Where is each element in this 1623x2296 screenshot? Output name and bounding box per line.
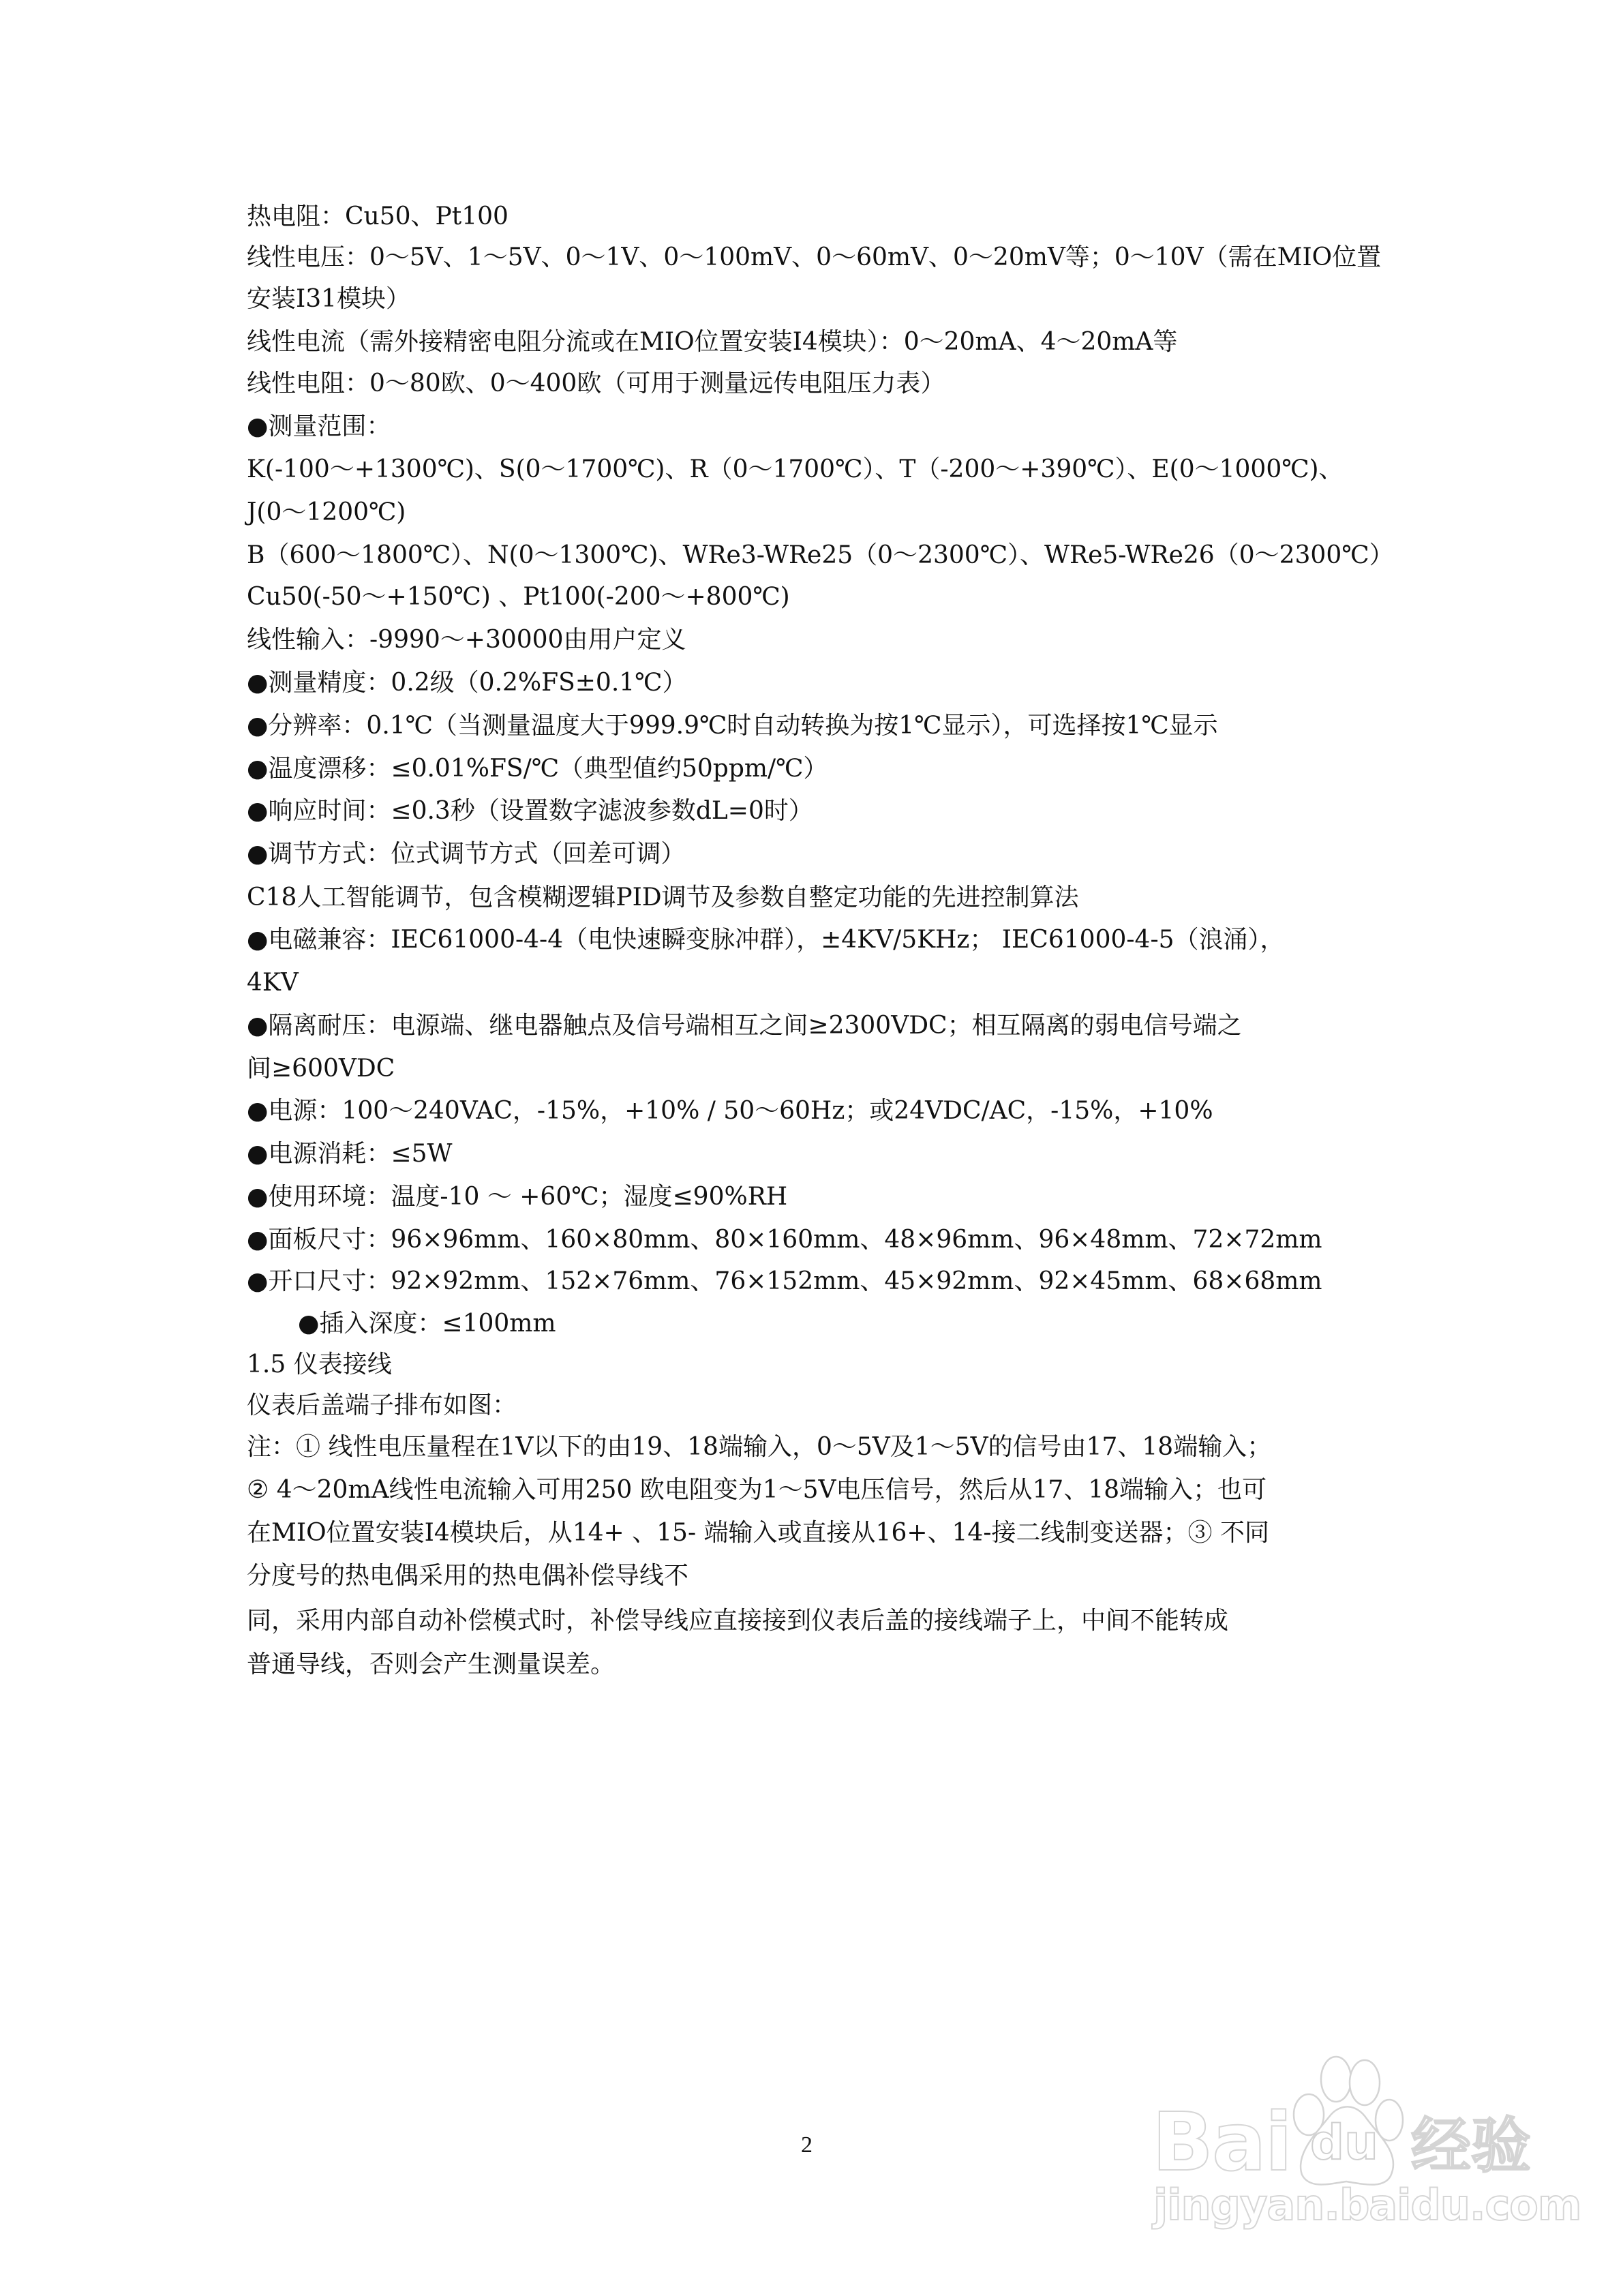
document-page: 热电阻：Cu50、Pt100 线性电压：0～5V、1～5V、0～1V、0～100…: [0, 0, 1623, 2296]
text-line-range-cu50-pt100: Cu50(-50～+150℃) 、Pt100(-200～+800℃): [247, 582, 1392, 612]
watermark-brand-cn: 经验: [1411, 2112, 1531, 2180]
bullet-insert-depth: ●插入深度：≤100mm: [298, 1309, 1443, 1339]
text-line-emc-cont: 4KV: [247, 968, 1392, 998]
bullet-control-mode: ●调节方式：位式调节方式（回差可调）: [247, 839, 1392, 869]
note-line-4: 分度号的热电偶采用的热电偶补偿导线不: [247, 1561, 1392, 1591]
note-line-3: 在MIO位置安装I4模块后，从14+ 、15- 端输入或直接从16+、14-接二…: [247, 1518, 1392, 1548]
text-line-thermal-resistor: 热电阻：Cu50、Pt100: [247, 202, 1392, 232]
watermark-brand-du: du: [1310, 2115, 1378, 2171]
baidu-jingyan-watermark: Bai du 经验 jingyan.baidu.com: [1152, 2052, 1534, 2256]
bullet-measure-range: ●测量范围：: [247, 412, 1392, 442]
text-line-range-k-s-r-t-e: K(-100～+1300℃)、S(0～1700℃)、R（0～1700℃）、T（-…: [247, 455, 1392, 485]
watermark-url: jingyan.baidu.com: [1153, 2181, 1581, 2229]
text-line-linear-current: 线性电流（需外接精密电阻分流或在MIO位置安装I4模块）：0～20mA、4～20…: [247, 327, 1392, 357]
bullet-power-supply: ●电源：100～240VAC，-15%，+10% / 50～60Hz；或24VD…: [247, 1096, 1392, 1126]
bullet-power-consumption: ●电源消耗：≤5W: [247, 1139, 1392, 1169]
note-line-2: ② 4～20mA线性电流输入可用250 欧电阻变为1～5V电压信号，然后从17、…: [247, 1475, 1392, 1505]
text-line-isolation-cont: 间≥600VDC: [247, 1054, 1392, 1084]
text-line-linear-input: 线性输入：-9990～+30000由用户定义: [247, 625, 1392, 655]
note-line-1: 注：① 线性电压量程在1V以下的由19、18端输入，0～5V及1～5V的信号由1…: [247, 1432, 1392, 1462]
page-number: 2: [801, 2132, 813, 2158]
text-line-range-b-n-wre: B（600～1800℃）、N(0～1300℃)、WRe3-WRe25（0～230…: [247, 541, 1392, 571]
text-line-terminal-layout: 仪表后盖端子排布如图：: [247, 1391, 1392, 1421]
note-line-5: 同，采用内部自动补偿模式时，补偿导线应直接接到仪表后盖的接线端子上，中间不能转成: [247, 1606, 1392, 1636]
note-line-6: 普通导线，否则会产生测量误差。: [247, 1650, 1392, 1680]
section-heading-wiring: 1.5 仪表接线: [247, 1350, 1392, 1380]
bullet-cutout-size: ●开口尺寸：92×92mm、152×76mm、76×152mm、45×92mm、…: [247, 1267, 1392, 1297]
text-line-range-j: J(0～1200℃): [247, 498, 1392, 528]
bullet-temp-drift: ●温度漂移：≤0.01%FS/℃（典型值约50ppm/℃）: [247, 754, 1392, 784]
text-line-c18-control: C18人工智能调节，包含模糊逻辑PID调节及参数自整定功能的先进控制算法: [247, 883, 1392, 913]
bullet-isolation: ●隔离耐压：电源端、继电器触点及信号端相互之间≥2300VDC；相互隔离的弱电信…: [247, 1011, 1392, 1041]
bullet-panel-size: ●面板尺寸：96×96mm、160×80mm、80×160mm、48×96mm、…: [247, 1225, 1392, 1255]
bullet-resolution: ●分辨率：0.1℃（当测量温度大于999.9℃时自动转换为按1℃显示），可选择按…: [247, 711, 1392, 741]
watermark-brand-text: Bai: [1152, 2101, 1291, 2183]
bullet-response-time: ●响应时间：≤0.3秒（设置数字滤波参数dL=0时）: [247, 796, 1392, 826]
bullet-environment: ●使用环境：温度-10 ～ +60℃；湿度≤90%RH: [247, 1182, 1392, 1212]
bullet-emc: ●电磁兼容：IEC61000-4-4（电快速瞬变脉冲群），±4KV/5KHz； …: [247, 925, 1392, 955]
text-line-linear-resistance: 线性电阻：0～80欧、0～400欧（可用于测量远传电阻压力表）: [247, 369, 1392, 399]
text-line-linear-voltage: 线性电压：0～5V、1～5V、0～1V、0～100mV、0～60mV、0～20m…: [247, 243, 1392, 273]
bullet-accuracy: ●测量精度：0.2级（0.2%FS±0.1℃）: [247, 668, 1392, 698]
text-line-linear-voltage-cont: 安装I31模块）: [247, 284, 1392, 314]
